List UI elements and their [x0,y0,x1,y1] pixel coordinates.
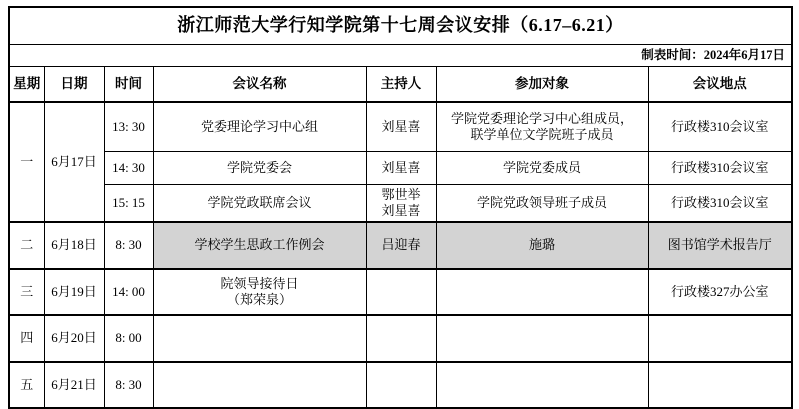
host-cell [366,269,436,315]
weekday-cell: 四 [9,315,44,362]
weekday-cell: 二 [9,222,44,269]
meeting-name-cell [153,362,366,408]
meeting-name-cell: 学校学生思政工作例会 [153,222,366,269]
meeting-schedule-table: 浙江师范大学行知学院第十七周会议安排（6.17–6.21） 制表时间：2024年… [8,6,793,409]
meeting-name-line-1: 院领导接待日 [156,276,364,292]
participants-cell: 学院党政领导班子成员 [436,185,648,223]
header-date: 日期 [44,67,104,103]
header-participants: 参加对象 [436,67,648,103]
meeting-name-cell [153,315,366,362]
time-cell: 8: 00 [104,315,153,362]
meeting-name-cell: 学院党委会 [153,152,366,185]
participants-line-2: 联学单位文学院班子成员 [439,127,646,143]
schedule-row-mon-3: 15: 15 学院党政联席会议 鄂世举 刘星喜 学院党政领导班子成员 行政楼31… [9,185,792,223]
meeting-schedule-sheet: 浙江师范大学行知学院第十七周会议安排（6.17–6.21） 制表时间：2024年… [0,0,799,401]
meeting-name-line-2: （郑荣泉） [156,292,364,308]
header-weekday: 星期 [9,67,44,103]
host-cell [366,362,436,408]
subtitle-row: 制表时间：2024年6月17日 [9,45,792,67]
location-cell: 行政楼310会议室 [648,152,792,185]
participants-line-1: 学院党委理论学习中心组成员， [439,111,646,127]
date-cell: 6月18日 [44,222,104,269]
participants-cell [436,315,648,362]
schedule-row-fri: 五 6月21日 8: 30 [9,362,792,408]
header-host: 主持人 [366,67,436,103]
meeting-name-cell: 学院党政联席会议 [153,185,366,223]
host-line-1: 鄂世举 [369,187,434,203]
host-cell: 刘星喜 [366,102,436,152]
participants-cell: 学院党委成员 [436,152,648,185]
participants-cell [436,269,648,315]
date-cell: 6月20日 [44,315,104,362]
time-cell: 13: 30 [104,102,153,152]
schedule-row-mon-1: 一 6月17日 13: 30 党委理论学习中心组 刘星喜 学院党委理论学习中心组… [9,102,792,152]
weekday-cell: 一 [9,102,44,222]
prepared-date-label: 制表时间：2024年6月17日 [9,45,792,67]
page-title: 浙江师范大学行知学院第十七周会议安排（6.17–6.21） [9,7,792,45]
header-time: 时间 [104,67,153,103]
time-cell: 14: 00 [104,269,153,315]
location-cell: 行政楼310会议室 [648,102,792,152]
host-cell [366,315,436,362]
participants-cell [436,362,648,408]
location-cell: 行政楼310会议室 [648,185,792,223]
weekday-cell: 三 [9,269,44,315]
location-cell: 行政楼327办公室 [648,269,792,315]
host-cell: 鄂世举 刘星喜 [366,185,436,223]
meeting-name-cell: 院领导接待日 （郑荣泉） [153,269,366,315]
date-cell: 6月17日 [44,102,104,222]
location-cell: 图书馆学术报告厅 [648,222,792,269]
time-cell: 8: 30 [104,362,153,408]
schedule-row-tue: 二 6月18日 8: 30 学校学生思政工作例会 吕迎春 施璐 图书馆学术报告厅 [9,222,792,269]
time-cell: 8: 30 [104,222,153,269]
host-cell: 刘星喜 [366,152,436,185]
participants-cell: 施璐 [436,222,648,269]
schedule-row-wed: 三 6月19日 14: 00 院领导接待日 （郑荣泉） 行政楼327办公室 [9,269,792,315]
schedule-row-mon-2: 14: 30 学院党委会 刘星喜 学院党委成员 行政楼310会议室 [9,152,792,185]
host-line-2: 刘星喜 [369,203,434,219]
schedule-row-thu: 四 6月20日 8: 00 [9,315,792,362]
host-cell: 吕迎春 [366,222,436,269]
date-cell: 6月21日 [44,362,104,408]
header-location: 会议地点 [648,67,792,103]
location-cell [648,315,792,362]
weekday-cell: 五 [9,362,44,408]
time-cell: 15: 15 [104,185,153,223]
title-row: 浙江师范大学行知学院第十七周会议安排（6.17–6.21） [9,7,792,45]
meeting-name-cell: 党委理论学习中心组 [153,102,366,152]
table-header-row: 星期 日期 时间 会议名称 主持人 参加对象 会议地点 [9,67,792,103]
time-cell: 14: 30 [104,152,153,185]
date-cell: 6月19日 [44,269,104,315]
header-meeting-name: 会议名称 [153,67,366,103]
participants-cell: 学院党委理论学习中心组成员， 联学单位文学院班子成员 [436,102,648,152]
location-cell [648,362,792,408]
